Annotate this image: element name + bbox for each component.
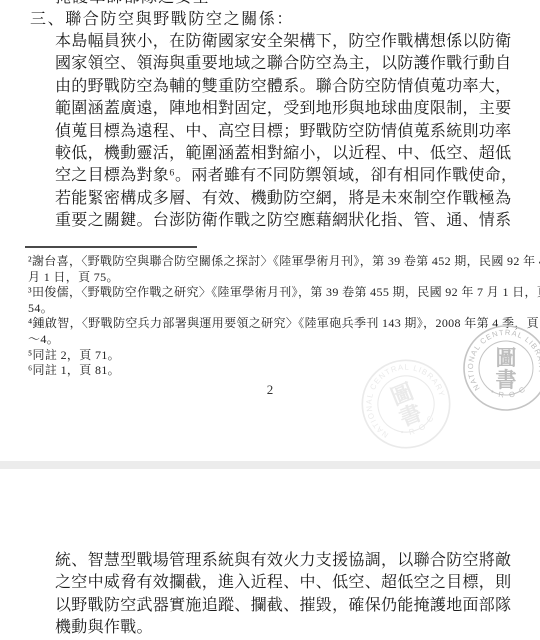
body-line: 若能緊密構成多層、有效、機動防空網，將是未來制空作戰極為 — [55, 188, 515, 210]
section-heading: 三、聯合防空與野戰防空之關係： — [30, 9, 294, 31]
footnote-line: ³田俊儒，〈野戰防空作戰之研究〉《陸軍學術月刊》，第 39 卷第 455 期，民… — [28, 285, 528, 301]
main-paragraph: 本島幅員狹小，在防衛國家安全架構下，防空作戰構想係以防衛 國家領空、領海與重要地… — [55, 31, 515, 233]
footnote-line: ⁴鍾啟智，〈野戰防空兵力部署與運用要領之研究〉《陸軍砲兵季刊 143 期》，20… — [28, 316, 528, 332]
footnote-line: ²謝台喜，〈野戰防空與聯合防空關係之探討〉《陸軍學術月刊》，第 39 卷第 45… — [28, 254, 528, 270]
continuation-line: 統、智慧型戰場管理系統與有效火力支援協調，以聯合防空將敵 — [55, 550, 515, 572]
footnotes-block: ²謝台喜，〈野戰防空與聯合防空關係之探討〉《陸軍學術月刊》，第 39 卷第 45… — [28, 254, 528, 379]
body-line: 國家領空、領海與重要地域之聯合防空為主，以防護作戰行動自 — [55, 53, 515, 75]
footnote-line: ⁶同註 1，頁 81。 — [28, 363, 528, 379]
body-line: 範圍涵蓋廣遠，陣地相對固定，受到地形與地球曲度限制，主要 — [55, 98, 515, 120]
footnote-line: 54。 — [28, 301, 528, 317]
body-line: 由的野戰防空為輔的雙重防空體系。聯合防空防情偵蒐功率大， — [55, 76, 515, 98]
footnote-line: 月 1 日，頁 75。 — [28, 270, 528, 286]
footnote-line: ～4。 — [28, 332, 528, 348]
stamp-seal-char: 圖 — [496, 347, 517, 370]
truncated-top-line: 掩護軍師部隊之安全 — [55, 0, 210, 9]
next-page-paragraph: 統、智慧型戰場管理系統與有效火力支援協調，以聯合防空將敵 之空中威脅有效攔截，進… — [55, 550, 515, 640]
footnote-line: ⁵同註 2，頁 71。 — [28, 348, 528, 364]
footnote-rule — [25, 246, 197, 248]
library-stamp-icon: NATIONAL CENTRAL LIBRARY • R O C • 圖 書 — [456, 318, 540, 418]
continuation-line: 之空中威脅有效攔截，進入近程、中、低空、超低空之目標，則 — [55, 572, 515, 594]
continuation-line: 以野戰防空武器實施追蹤、攔截、摧毀，確保仍能掩護地面部隊 — [55, 595, 515, 617]
stamp-seal-char: 書 — [496, 369, 517, 392]
body-line: 本島幅員狹小，在防衛國家安全架構下，防空作戰構想係以防衛 — [55, 31, 515, 53]
body-line: 空之目標為對象⁶。兩者雖有不同防禦領域，卻有相同作戰使命， — [55, 165, 515, 187]
body-line: 較低，機動靈活，範圍涵蓋相對縮小，以近程、中、低空、超低 — [55, 143, 515, 165]
continuation-line: 機動與作戰。 — [55, 617, 515, 639]
document-viewer: { "document": { "truncated_top_line": "掩… — [0, 0, 540, 640]
body-line: 重要之關鍵。台澎防衛作戰之防空應藉網狀化指、管、通、情系 — [55, 210, 515, 232]
body-line: 偵蒐目標為遠程、中、高空目標；野戰防空防情偵蒐系統則功率 — [55, 121, 515, 143]
page-separator — [0, 461, 540, 469]
